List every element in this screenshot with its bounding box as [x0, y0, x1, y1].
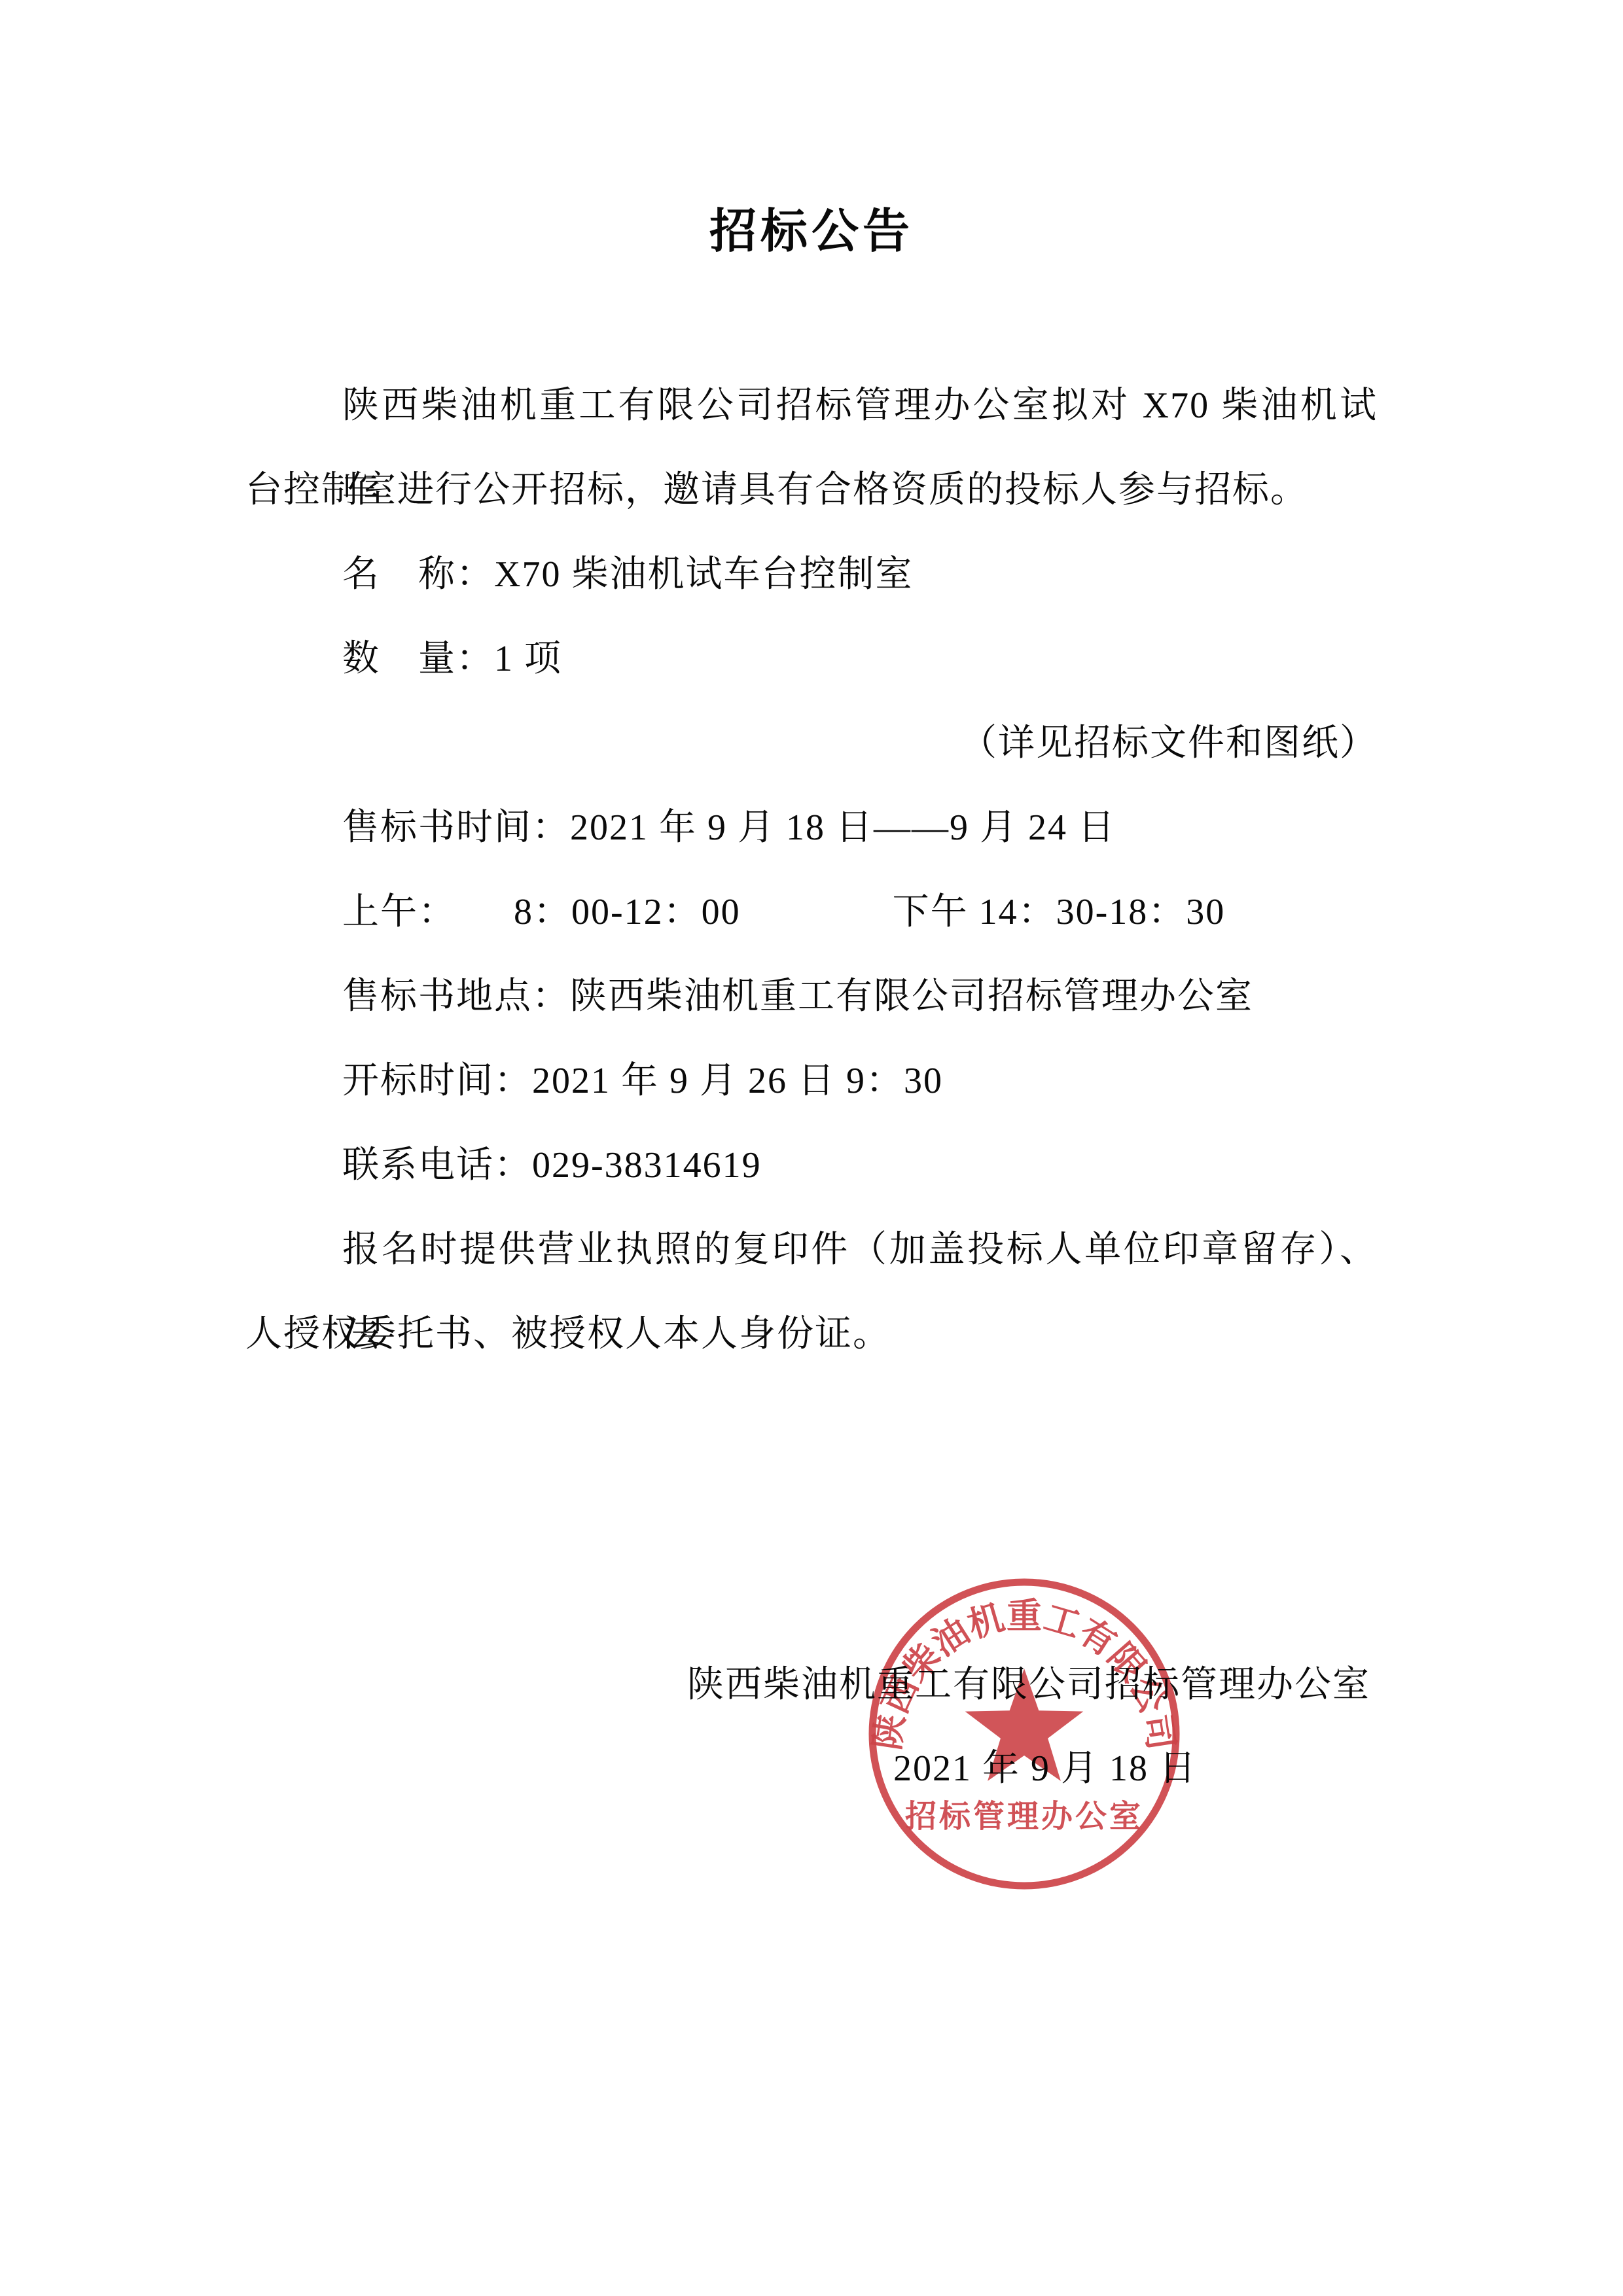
star-icon — [965, 1669, 1084, 1781]
body-line: 人授权委托书、被授权人本人身份证。 — [245, 1292, 1378, 1377]
body-line-sale-place: 售标书地点：陕西柴油机重工有限公司招标管理办公室 — [245, 955, 1378, 1039]
body-line: 陕西柴油机重工有限公司招标管理办公室拟对 X70 柴油机试车 — [245, 364, 1378, 448]
body-line-phone: 联系电话：029-38314619 — [245, 1123, 1378, 1208]
body-line: 报名时提供营业执照的复印件（加盖投标人单位印章留存）、法 — [245, 1208, 1378, 1292]
body-line: 台控制室进行公开招标，邀请具有合格资质的投标人参与招标。 — [245, 448, 1378, 533]
tender-announcement-page: 招标公告 陕西柴油机重工有限公司招标管理办公室拟对 X70 柴油机试车 台控制室… — [0, 0, 1623, 2296]
body-line-quantity: 数 量：1 项 — [245, 617, 1378, 701]
document-body: 陕西柴油机重工有限公司招标管理办公室拟对 X70 柴油机试车 台控制室进行公开招… — [245, 364, 1378, 1377]
body-line-opening-time: 开标时间：2021 年 9 月 26 日 9：30 — [245, 1039, 1378, 1123]
body-line-see-documents: （详见招标文件和图纸） — [245, 701, 1378, 786]
page-title: 招标公告 — [245, 195, 1378, 268]
body-line-hours: 上午： 8：00-12：00 下午 14：30-18：30 — [245, 870, 1378, 955]
body-line-sale-time: 售标书时间：2021 年 9 月 18 日——9 月 24 日 — [245, 786, 1378, 870]
body-line-name: 名 称：X70 柴油机试车台控制室 — [245, 533, 1378, 617]
stamp-bottom-text: 招标管理办公室 — [905, 1799, 1143, 1834]
official-red-stamp: 陕西柴油机重工有限公司 招标管理办公室 — [861, 1570, 1188, 1898]
